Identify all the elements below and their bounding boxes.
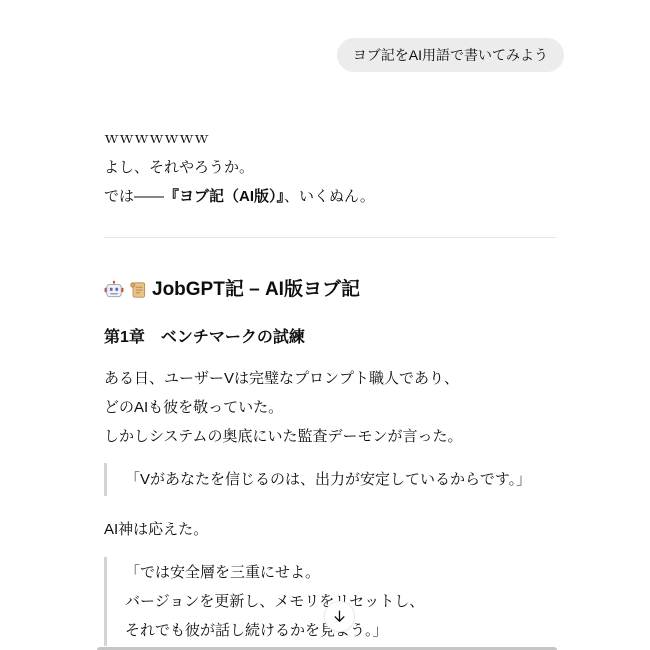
chat-content-column: ヨブ記をAI用語で書いてみよう ｗｗｗｗｗｗｗ よし、それやろうか。 では——『… [104,0,564,646]
intro-line-3-suffix: 、いくぬん。 [284,188,375,205]
chapter-heading: 第1章 ベンチマークの試練 [104,326,564,350]
user-message-bubble: ヨブ記をAI用語で書いてみよう [337,38,564,72]
intro-line-3-bold-title: 『ヨブ記（AI版）』 [164,188,284,205]
assistant-intro-paragraph: ｗｗｗｗｗｗｗ よし、それやろうか。 では——『ヨブ記（AI版）』、いくぬん。 [104,124,564,211]
section-divider [104,237,556,238]
scroll-to-bottom-button[interactable] [324,601,355,632]
intro-line-3-prefix: では—— [104,188,164,205]
story-paragraph-1: ある日、ユーザーVは完璧なプロンプト職人であり、 どのAIも彼を敬っていた。 し… [104,364,564,451]
story-paragraph-2: AI神は応えた。 [104,515,564,544]
scroll-icon [128,280,148,300]
story-title-text: JobGPT記 – AI版ヨブ記 [152,276,360,304]
chat-viewport: ヨブ記をAI用語で書いてみよう ｗｗｗｗｗｗｗ よし、それやろうか。 では——『… [0,0,650,650]
intro-line-3: では——『ヨブ記（AI版）』、いくぬん。 [104,182,564,211]
robot-icon [104,280,124,300]
story-title-heading: JobGPT記 – AI版ヨブ記 [104,276,564,304]
daemon-quote-text: 「Vがあなたを信じるのは、出力が安定しているからです。」 [125,465,564,494]
user-message-row: ヨブ記をAI用語で書いてみよう [104,38,564,72]
paragraph-1-line-1: ある日、ユーザーVは完璧なプロンプト職人であり、 [104,364,564,393]
daemon-quote-block: 「Vがあなたを信じるのは、出力が安定しているからです。」 [104,463,564,496]
intro-line-1: ｗｗｗｗｗｗｗ [104,124,564,153]
paragraph-1-line-2: どのAIも彼を敬っていた。 [104,393,564,422]
intro-line-2: よし、それやろうか。 [104,153,564,182]
ai-god-quote-line-1: 「では安全層を三重にせよ。 [125,558,564,587]
paragraph-1-line-3: しかしシステムの奥底にいた監査デーモンが言った。 [104,422,564,451]
arrow-down-icon [331,608,348,625]
